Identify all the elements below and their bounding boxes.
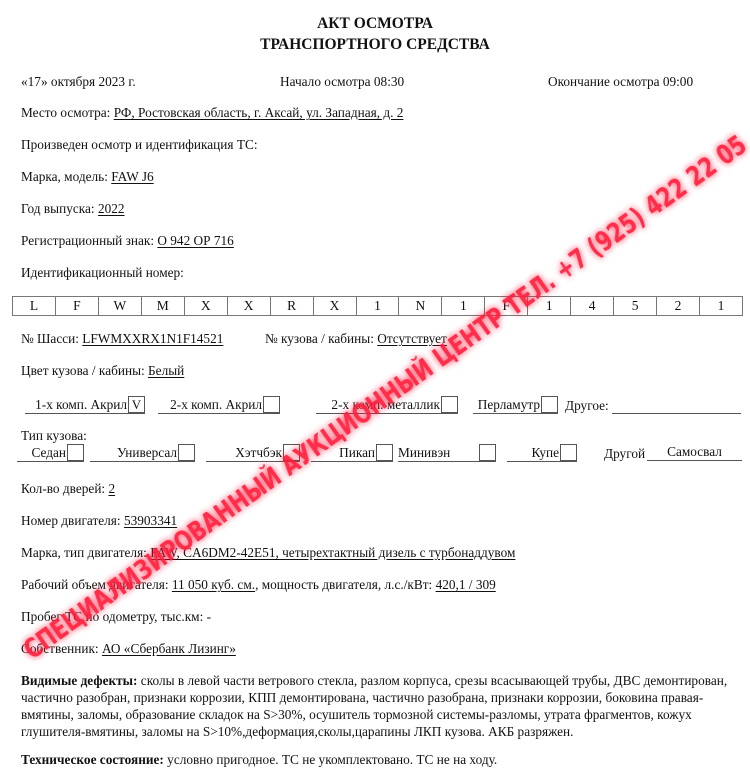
vin-cell: X bbox=[314, 297, 357, 315]
body-type-label-text: Минивэн bbox=[398, 445, 479, 461]
vin-cell: 4 bbox=[571, 297, 614, 315]
body-type-label-text: Универсал bbox=[90, 445, 178, 461]
vin-cell: 1 bbox=[528, 297, 571, 315]
paint-option-1k-acrylic[interactable]: 1-х комп. АкрилV bbox=[25, 396, 145, 414]
body-type-minivan[interactable]: Минивэн bbox=[398, 444, 496, 462]
checkbox[interactable] bbox=[479, 444, 496, 461]
inspection-date: «17» октября 2023 г. bbox=[21, 74, 136, 90]
engine-type-row: Марка, тип двигателя: FAW, CA6DM2-42E51,… bbox=[21, 545, 515, 561]
body-type-other-label: Другой bbox=[604, 446, 645, 462]
identification-heading: Произведен осмотр и идентификация ТС: bbox=[21, 137, 258, 153]
body-type-pickup[interactable]: Пикап bbox=[311, 444, 393, 462]
chassis-row: № Шасси: LFWMXXRX1N1F14521 bbox=[21, 331, 223, 347]
displacement-label: Рабочий объем двигателя: bbox=[21, 577, 172, 592]
vin-cell: 1 bbox=[357, 297, 400, 315]
owner-label: Собственник: bbox=[21, 641, 102, 656]
checkbox[interactable] bbox=[67, 444, 84, 461]
vin-cell: X bbox=[228, 297, 271, 315]
technical-condition-label: Техническое состояние: bbox=[21, 752, 164, 767]
inspection-place-label: Место осмотра: bbox=[21, 105, 114, 120]
inspection-start-time: Начало осмотра 08:30 bbox=[280, 74, 404, 90]
body-type-label-text: Хэтчбэк bbox=[206, 445, 283, 461]
chassis-label: № Шасси: bbox=[21, 331, 82, 346]
paint-option-label: 1-х комп. Акрил bbox=[25, 397, 128, 413]
technical-condition-paragraph: Техническое состояние: условно пригодное… bbox=[21, 751, 741, 768]
make-model-row: Марка, модель: FAW J6 bbox=[21, 169, 154, 185]
body-type-wagon[interactable]: Универсал bbox=[90, 444, 195, 462]
body-type-sedan[interactable]: Седан bbox=[17, 444, 84, 462]
vin-cell: 5 bbox=[614, 297, 657, 315]
paint-other-label: Другое: bbox=[565, 398, 609, 414]
make-model-label: Марка, модель: bbox=[21, 169, 111, 184]
checkbox[interactable] bbox=[441, 396, 458, 413]
inspection-place-row: Место осмотра: РФ, Ростовская область, г… bbox=[21, 105, 403, 121]
engine-type-label: Марка, тип двигателя: bbox=[21, 545, 150, 560]
body-type-label-text: Купе bbox=[507, 445, 560, 461]
vin-cell: L bbox=[13, 297, 56, 315]
checkbox[interactable] bbox=[376, 444, 393, 461]
make-model-value: FAW J6 bbox=[111, 169, 153, 184]
paint-option-label: 2-х комп. Акрил bbox=[158, 397, 263, 413]
color-value: Белый bbox=[148, 363, 184, 378]
body-type-label-text: Седан bbox=[17, 445, 67, 461]
color-row: Цвет кузова / кабины: Белый bbox=[21, 363, 184, 379]
paint-option-label: Перламутр bbox=[473, 397, 541, 413]
engine-number-row: Номер двигателя: 53903341 bbox=[21, 513, 177, 529]
owner-row: Собственник: АО «Сбербанк Лизинг» bbox=[21, 641, 236, 657]
mileage-row: Пробег ТС по одометру, тыс.км: - bbox=[21, 609, 211, 625]
engine-number-value: 53903341 bbox=[124, 513, 177, 528]
body-number-label: № кузова / кабины: bbox=[265, 331, 377, 346]
year-row: Год выпуска: 2022 bbox=[21, 201, 125, 217]
paint-other-field[interactable] bbox=[612, 398, 741, 414]
body-number-row: № кузова / кабины: Отсутствует bbox=[265, 331, 447, 347]
body-type-hatchback[interactable]: Хэтчбэк bbox=[206, 444, 300, 462]
mileage-label: Пробег ТС по одометру, тыс.км: bbox=[21, 609, 207, 624]
inspection-end-time: Окончание осмотра 09:00 bbox=[548, 74, 693, 90]
registration-value: О 942 ОР 716 bbox=[157, 233, 233, 248]
displacement-row: Рабочий объем двигателя: 11 050 куб. см.… bbox=[21, 577, 496, 593]
power-value: 420,1 / 309 bbox=[436, 577, 496, 592]
document-title-line2: ТРАНСПОРТНОГО СРЕДСТВА bbox=[0, 35, 750, 55]
vin-cell: M bbox=[142, 297, 185, 315]
paint-option-2k-acrylic[interactable]: 2-х комп. Акрил bbox=[158, 396, 280, 414]
inspection-act-page: АКТ ОСМОТРА ТРАНСПОРТНОГО СРЕДСТВА «17» … bbox=[0, 0, 750, 777]
visible-defects-paragraph: Видимые дефекты: сколы в левой части вет… bbox=[21, 672, 741, 740]
chassis-value: LFWMXXRX1N1F14521 bbox=[82, 331, 223, 346]
year-label: Год выпуска: bbox=[21, 201, 98, 216]
vin-cell: 2 bbox=[657, 297, 700, 315]
paint-option-pearl[interactable]: Перламутр bbox=[473, 396, 558, 414]
visible-defects-label: Видимые дефекты: bbox=[21, 673, 137, 688]
paint-option-label: 2-х комп. металлик bbox=[316, 397, 441, 413]
checkbox[interactable] bbox=[541, 396, 558, 413]
color-label: Цвет кузова / кабины: bbox=[21, 363, 148, 378]
registration-row: Регистрационный знак: О 942 ОР 716 bbox=[21, 233, 234, 249]
displacement-value: 11 050 куб. см. bbox=[172, 577, 255, 592]
document-title-line1: АКТ ОСМОТРА bbox=[0, 14, 750, 34]
vin-cell: N bbox=[399, 297, 442, 315]
vin-label: Идентификационный номер: bbox=[21, 265, 184, 281]
vin-cell: 1 bbox=[442, 297, 485, 315]
doors-value: 2 bbox=[108, 481, 115, 496]
checkbox[interactable] bbox=[263, 396, 280, 413]
owner-value: АО «Сбербанк Лизинг» bbox=[102, 641, 236, 656]
vin-cell: W bbox=[99, 297, 142, 315]
checkbox[interactable] bbox=[178, 444, 195, 461]
vin-cell: 1 bbox=[700, 297, 742, 315]
power-label: , мощность двигателя, л.с./кВт: bbox=[255, 577, 435, 592]
body-type-label-text: Пикап bbox=[311, 445, 376, 461]
engine-number-label: Номер двигателя: bbox=[21, 513, 124, 528]
body-type-other-field[interactable]: Самосвал bbox=[647, 444, 742, 461]
doors-row: Кол-во дверей: 2 bbox=[21, 481, 115, 497]
vin-cell: F bbox=[56, 297, 99, 315]
body-type-coupe[interactable]: Купе bbox=[507, 444, 577, 462]
checkbox[interactable]: V bbox=[128, 396, 145, 413]
registration-label: Регистрационный знак: bbox=[21, 233, 157, 248]
vin-cell: X bbox=[185, 297, 228, 315]
vin-cell: R bbox=[271, 297, 314, 315]
body-number-value: Отсутствует bbox=[377, 331, 447, 346]
body-type-other-value: Самосвал bbox=[667, 444, 722, 460]
inspection-place-value: РФ, Ростовская область, г. Аксай, ул. За… bbox=[114, 105, 404, 120]
body-type-label: Тип кузова: bbox=[21, 428, 87, 444]
mileage-value: - bbox=[207, 609, 211, 624]
engine-type-value: FAW, CA6DM2-42E51, четырехтактный дизель… bbox=[150, 545, 515, 560]
vin-grid: LFWMXXRX1N1F14521 bbox=[12, 296, 743, 316]
checkbox[interactable] bbox=[560, 444, 577, 461]
paint-option-2k-metallic[interactable]: 2-х комп. металлик bbox=[316, 396, 458, 414]
year-value: 2022 bbox=[98, 201, 125, 216]
vin-cell: F bbox=[485, 297, 528, 315]
technical-condition-value: условно пригодное. ТС не укомплектовано.… bbox=[164, 752, 497, 767]
checkbox[interactable] bbox=[283, 444, 300, 461]
doors-label: Кол-во дверей: bbox=[21, 481, 108, 496]
